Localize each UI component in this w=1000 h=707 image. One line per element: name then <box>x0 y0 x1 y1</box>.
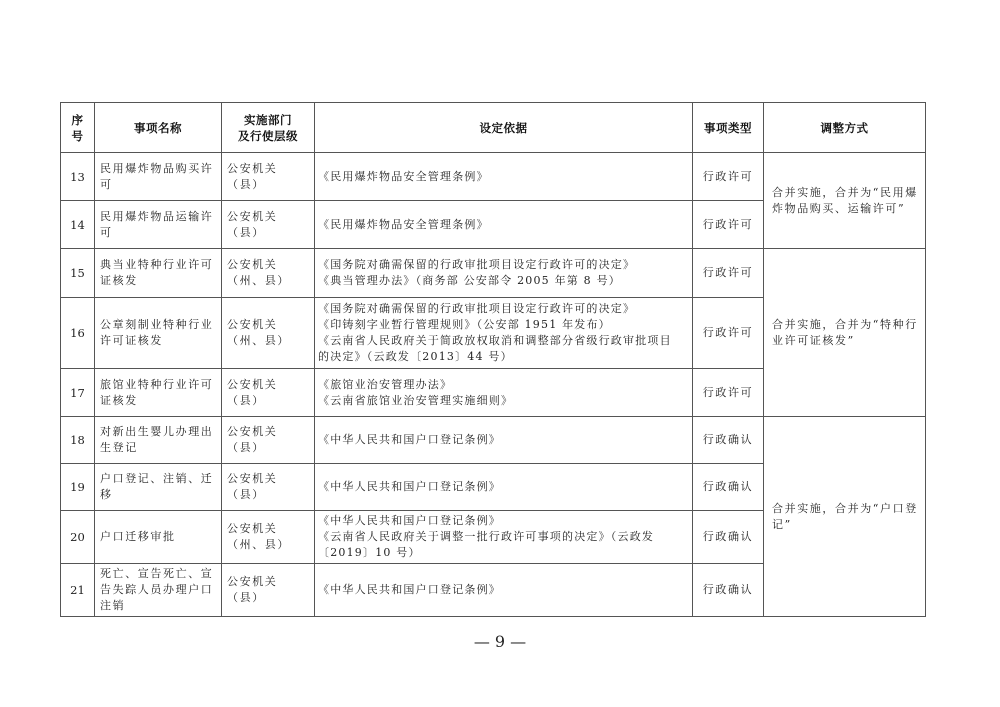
table-row: 18 对新出生婴儿办理出生登记 公安机关（县） 《中华人民共和国户口登记条例》 … <box>61 417 926 464</box>
row-name: 民用爆炸物品购买许可 <box>95 153 222 201</box>
header-type: 事项类型 <box>693 103 764 153</box>
row-basis: 《中华人民共和国户口登记条例》 <box>315 464 693 511</box>
row-name: 民用爆炸物品运输许可 <box>95 201 222 249</box>
row-type: 行政确认 <box>693 464 764 511</box>
row-name: 公章刻制业特种行业许可证核发 <box>95 298 222 369</box>
row-seq: 20 <box>61 511 95 564</box>
row-basis: 《中华人民共和国户口登记条例》 <box>315 564 693 617</box>
row-adjust: 合并实施，合并为“特种行业许可证核发” <box>764 249 926 417</box>
row-seq: 19 <box>61 464 95 511</box>
row-adjust: 合并实施，合并为“户口登记” <box>764 417 926 617</box>
row-name: 户口迁移审批 <box>95 511 222 564</box>
row-dept: 公安机关（县） <box>222 201 315 249</box>
row-basis: 《民用爆炸物品安全管理条例》 <box>315 153 693 201</box>
row-type: 行政许可 <box>693 369 764 417</box>
row-name: 对新出生婴儿办理出生登记 <box>95 417 222 464</box>
row-basis: 《国务院对确需保留的行政审批项目设定行政许可的决定》 《印铸刻字业暂行管理规则》… <box>315 298 693 369</box>
row-dept: 公安机关（县） <box>222 369 315 417</box>
row-seq: 14 <box>61 201 95 249</box>
row-type: 行政许可 <box>693 201 764 249</box>
row-dept: 公安机关（县） <box>222 153 315 201</box>
row-type: 行政确认 <box>693 564 764 617</box>
table-row: 13 民用爆炸物品购买许可 公安机关（县） 《民用爆炸物品安全管理条例》 行政许… <box>61 153 926 201</box>
row-basis: 《中华人民共和国户口登记条例》 <box>315 417 693 464</box>
row-basis: 《中华人民共和国户口登记条例》 《云南省人民政府关于调整一批行政许可事项的决定》… <box>315 511 693 564</box>
row-seq: 17 <box>61 369 95 417</box>
row-type: 行政确认 <box>693 511 764 564</box>
row-basis: 《民用爆炸物品安全管理条例》 <box>315 201 693 249</box>
row-name: 旅馆业特种行业许可证核发 <box>95 369 222 417</box>
header-seq: 序号 <box>61 103 95 153</box>
row-type: 行政许可 <box>693 153 764 201</box>
header-row: 序号 事项名称 实施部门及行使层级 设定依据 事项类型 调整方式 <box>61 103 926 153</box>
row-adjust: 合并实施，合并为“民用爆炸物品购买、运输许可” <box>764 153 926 249</box>
row-type: 行政许可 <box>693 249 764 298</box>
row-basis: 《旅馆业治安管理办法》 《云南省旅馆业治安管理实施细则》 <box>315 369 693 417</box>
row-name: 典当业特种行业许可证核发 <box>95 249 222 298</box>
row-dept: 公安机关（县） <box>222 417 315 464</box>
row-name: 死亡、宣告死亡、宣告失踪人员办理户口注销 <box>95 564 222 617</box>
row-basis: 《国务院对确需保留的行政审批项目设定行政许可的决定》 《典当管理办法》（商务部 … <box>315 249 693 298</box>
row-dept: 公安机关（县） <box>222 464 315 511</box>
row-seq: 16 <box>61 298 95 369</box>
row-dept: 公安机关（县） <box>222 564 315 617</box>
row-seq: 21 <box>61 564 95 617</box>
row-dept: 公安机关（州、县） <box>222 249 315 298</box>
row-dept: 公安机关（州、县） <box>222 511 315 564</box>
row-dept: 公安机关（州、县） <box>222 298 315 369</box>
row-seq: 18 <box>61 417 95 464</box>
row-type: 行政许可 <box>693 298 764 369</box>
row-type: 行政确认 <box>693 417 764 464</box>
header-dept: 实施部门及行使层级 <box>222 103 315 153</box>
table-row: 15 典当业特种行业许可证核发 公安机关（州、县） 《国务院对确需保留的行政审批… <box>61 249 926 298</box>
row-seq: 13 <box>61 153 95 201</box>
items-table: 序号 事项名称 实施部门及行使层级 设定依据 事项类型 调整方式 13 民用爆炸… <box>60 102 926 617</box>
header-name: 事项名称 <box>95 103 222 153</box>
page-number: — 9 — <box>0 632 1000 651</box>
header-basis: 设定依据 <box>315 103 693 153</box>
header-adjust: 调整方式 <box>764 103 926 153</box>
row-name: 户口登记、注销、迁移 <box>95 464 222 511</box>
row-seq: 15 <box>61 249 95 298</box>
